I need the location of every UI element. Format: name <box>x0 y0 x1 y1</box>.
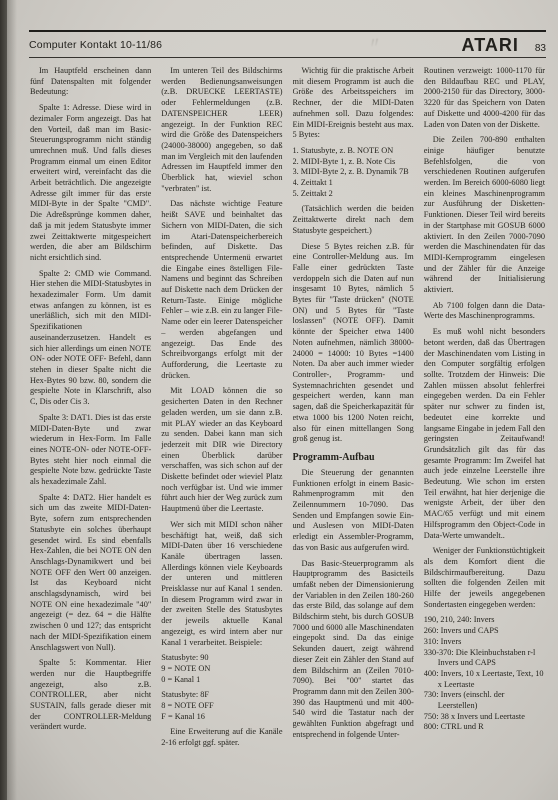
header-right: ATARI 83 <box>462 35 546 56</box>
code-line: 0 = Kanal 1 <box>161 675 282 686</box>
article-body: Im Hauptfeld erscheinen dann fünf Datens… <box>30 66 545 792</box>
section-brand: ATARI <box>462 35 519 56</box>
paragraph: Weniger der Funktionstüchtigkeit als dem… <box>424 546 545 610</box>
paragraph: Mit LOAD können die so gesicherten Daten… <box>161 386 282 514</box>
list-line: 260: Invers und CAPS <box>424 626 545 637</box>
list-line: 730: Invers (einschl. der Leerstellen) <box>424 690 545 711</box>
paragraph: Diese 5 Bytes reichen z.B. für eine Cont… <box>293 242 414 445</box>
paragraph: Wer sich mit MIDI schon näher beschäftig… <box>161 520 282 648</box>
paragraph: Im Hauptfeld erscheinen dann fünf Datens… <box>30 66 151 98</box>
paragraph: Spalte 1: Adresse. Diese wird in dezimal… <box>30 103 151 264</box>
line-reference-list: 190, 210, 240: Invers260: Invers und CAP… <box>424 615 545 733</box>
scan-edge-shadow <box>0 0 7 800</box>
scan-edge-gradient <box>7 0 17 800</box>
list-line: 310: Invers <box>424 637 545 648</box>
list-line: 400: Invers, 10 x Leertaste, Text, 10 x … <box>424 669 545 690</box>
list-line: 3. MIDI-Byte 2, z. B. Dynamik 7B <box>293 167 414 178</box>
text-column-3: Wichtig für die praktische Arbeit mit di… <box>293 66 414 792</box>
list-line: 190, 210, 240: Invers <box>424 615 545 626</box>
list-line: 1. Statusbyte, z. B. NOTE ON <box>293 146 414 157</box>
header-rule-top <box>29 30 546 32</box>
text-column-1: Im Hauptfeld erscheinen dann fünf Datens… <box>30 66 151 792</box>
code-line: F = Kanal 16 <box>161 712 282 723</box>
paragraph: Spalte 5: Kommentar. Hier werden nur die… <box>30 658 151 733</box>
text-column-2: Im unteren Teil des Bildschirms werden B… <box>161 66 282 792</box>
list-line: 800: CTRL und R <box>424 722 545 733</box>
page-number: 83 <box>535 43 546 54</box>
page-header: Computer Kontakt 10-11/86 ATARI 83 <box>29 34 546 56</box>
list-line: 5. Zeittakt 2 <box>293 189 414 200</box>
pencil-smudge: 〃 <box>366 30 395 57</box>
paragraph: Routinen verzweigt: 1000-1170 für den Bi… <box>424 66 545 130</box>
code-line: Statusbyte: 90 <box>161 653 282 664</box>
code-line: Statusbyte: 8F <box>161 690 282 701</box>
list-line: 4. Zeittakt 1 <box>293 178 414 189</box>
paragraph: Ab 7100 folgen dann die Data-Werte des M… <box>424 301 545 322</box>
paragraph: Wichtig für die praktische Arbeit mit di… <box>293 66 414 141</box>
header-rule-bottom <box>29 57 546 58</box>
paragraph: Das Basic-Steuerprogramm als Hauptprogra… <box>293 559 414 741</box>
paragraph: Spalte 2: CMD wie Command. Hier stehen d… <box>30 269 151 408</box>
code-block: Statusbyte: 909 = NOTE ON0 = Kanal 1 <box>161 653 282 685</box>
list-line: 330-370: Die Kleinbuchstaben r-l Invers … <box>424 648 545 669</box>
code-line: 8 = NOTE OFF <box>161 701 282 712</box>
code-line: 9 = NOTE ON <box>161 664 282 675</box>
text-column-4: Routinen verzweigt: 1000-1170 für den Bi… <box>424 66 545 792</box>
line-reference-list: 1. Statusbyte, z. B. NOTE ON2. MIDI-Byte… <box>293 146 414 200</box>
paragraph: Das nächste wichtige Feature heißt SAVE … <box>161 199 282 381</box>
magazine-page: Computer Kontakt 10-11/86 ATARI 83 〃 Im … <box>0 0 558 800</box>
section-heading: Programm-Aufbau <box>293 452 414 464</box>
list-line: 750: 38 x Invers und Leertaste <box>424 712 545 723</box>
paragraph: Spalte 4: DAT2. Hier handelt es sich um … <box>30 493 151 654</box>
list-line: 2. MIDI-Byte 1, z. B. Note Cis <box>293 157 414 168</box>
paragraph: Eine Erweiterung auf die Kanäle 2-16 erf… <box>161 727 282 748</box>
paragraph: Die Steuerung der genannten Funktionen e… <box>293 468 414 554</box>
paragraph: Es muß wohl nicht besonders betont werde… <box>424 327 545 541</box>
paragraph: Im unteren Teil des Bildschirms werden B… <box>161 66 282 194</box>
paragraph: Spalte 3: DAT1. Dies ist das erste MIDI-… <box>30 413 151 488</box>
journal-title: Computer Kontakt 10-11/86 <box>29 39 162 51</box>
paragraph: (Tatsächlich werden die beiden Zeittaktw… <box>293 204 414 236</box>
paragraph: Die Zeilen 700-890 enthalten einige häuf… <box>424 135 545 296</box>
code-block: Statusbyte: 8F8 = NOTE OFFF = Kanal 16 <box>161 690 282 722</box>
